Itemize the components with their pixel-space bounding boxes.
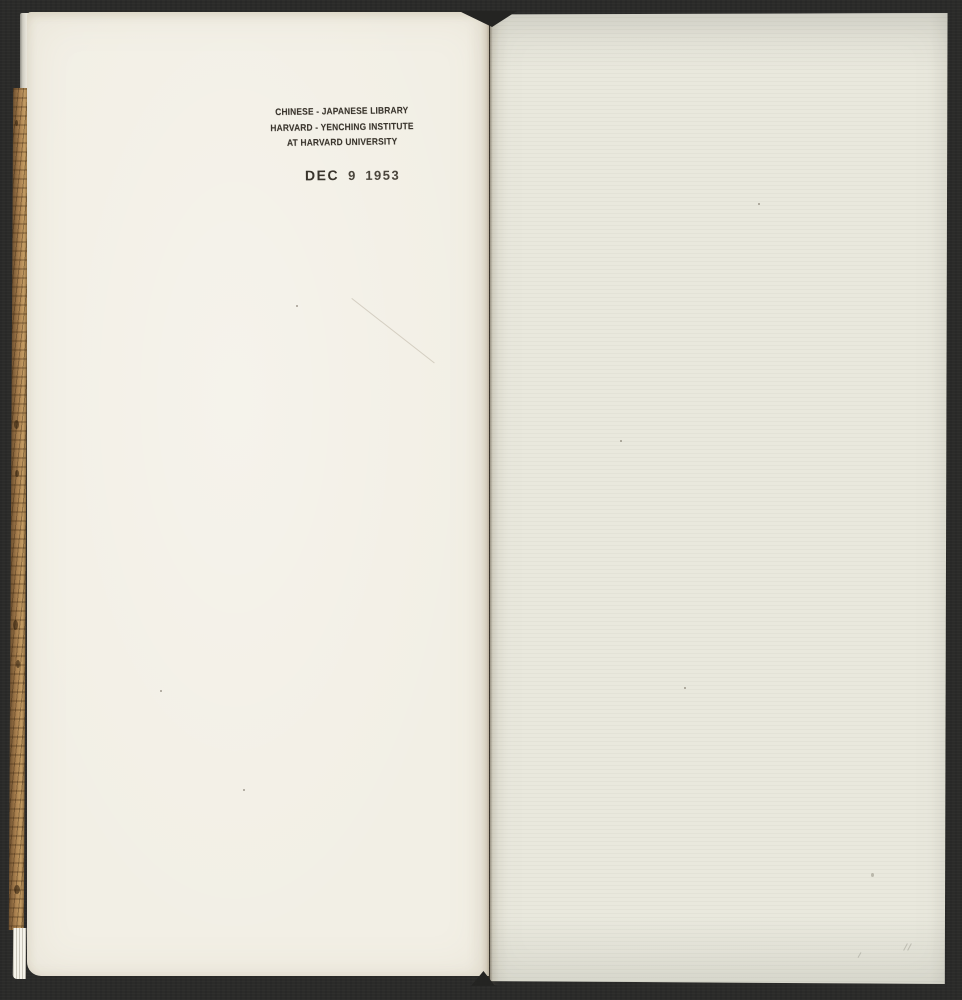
library-stamp-line-3: AT HARVARD UNIVERSITY [268,134,417,152]
page-edge-strip-bottom [13,928,26,979]
date-stamp: DEC 9 1953 [305,167,400,184]
paper-mark [871,873,874,877]
deckle-edge [9,88,28,930]
date-stamp-month: DEC [305,167,339,183]
paper-speck [296,305,298,307]
paper-speck [243,789,245,791]
deckle-stain [15,470,19,477]
deckle-stain [13,620,18,630]
paper-speck [684,687,686,689]
paper-speck [758,203,760,205]
gutter-shadow [481,12,499,985]
paper-speck [160,690,162,692]
book-scan: CHINESE - JAPANESE LIBRARY HARVARD - YEN… [0,0,962,1000]
deckle-stain [15,120,18,126]
deckle-stain [14,420,19,429]
deckle-stain [16,660,20,668]
right-page [490,13,948,985]
deckle-stain [14,885,20,894]
date-stamp-year: 1953 [365,168,400,183]
left-page [27,12,489,976]
date-stamp-day: 9 [348,168,356,183]
paper-speck [620,440,622,442]
library-stamp: CHINESE - JAPANESE LIBRARY HARVARD - YEN… [262,103,423,152]
